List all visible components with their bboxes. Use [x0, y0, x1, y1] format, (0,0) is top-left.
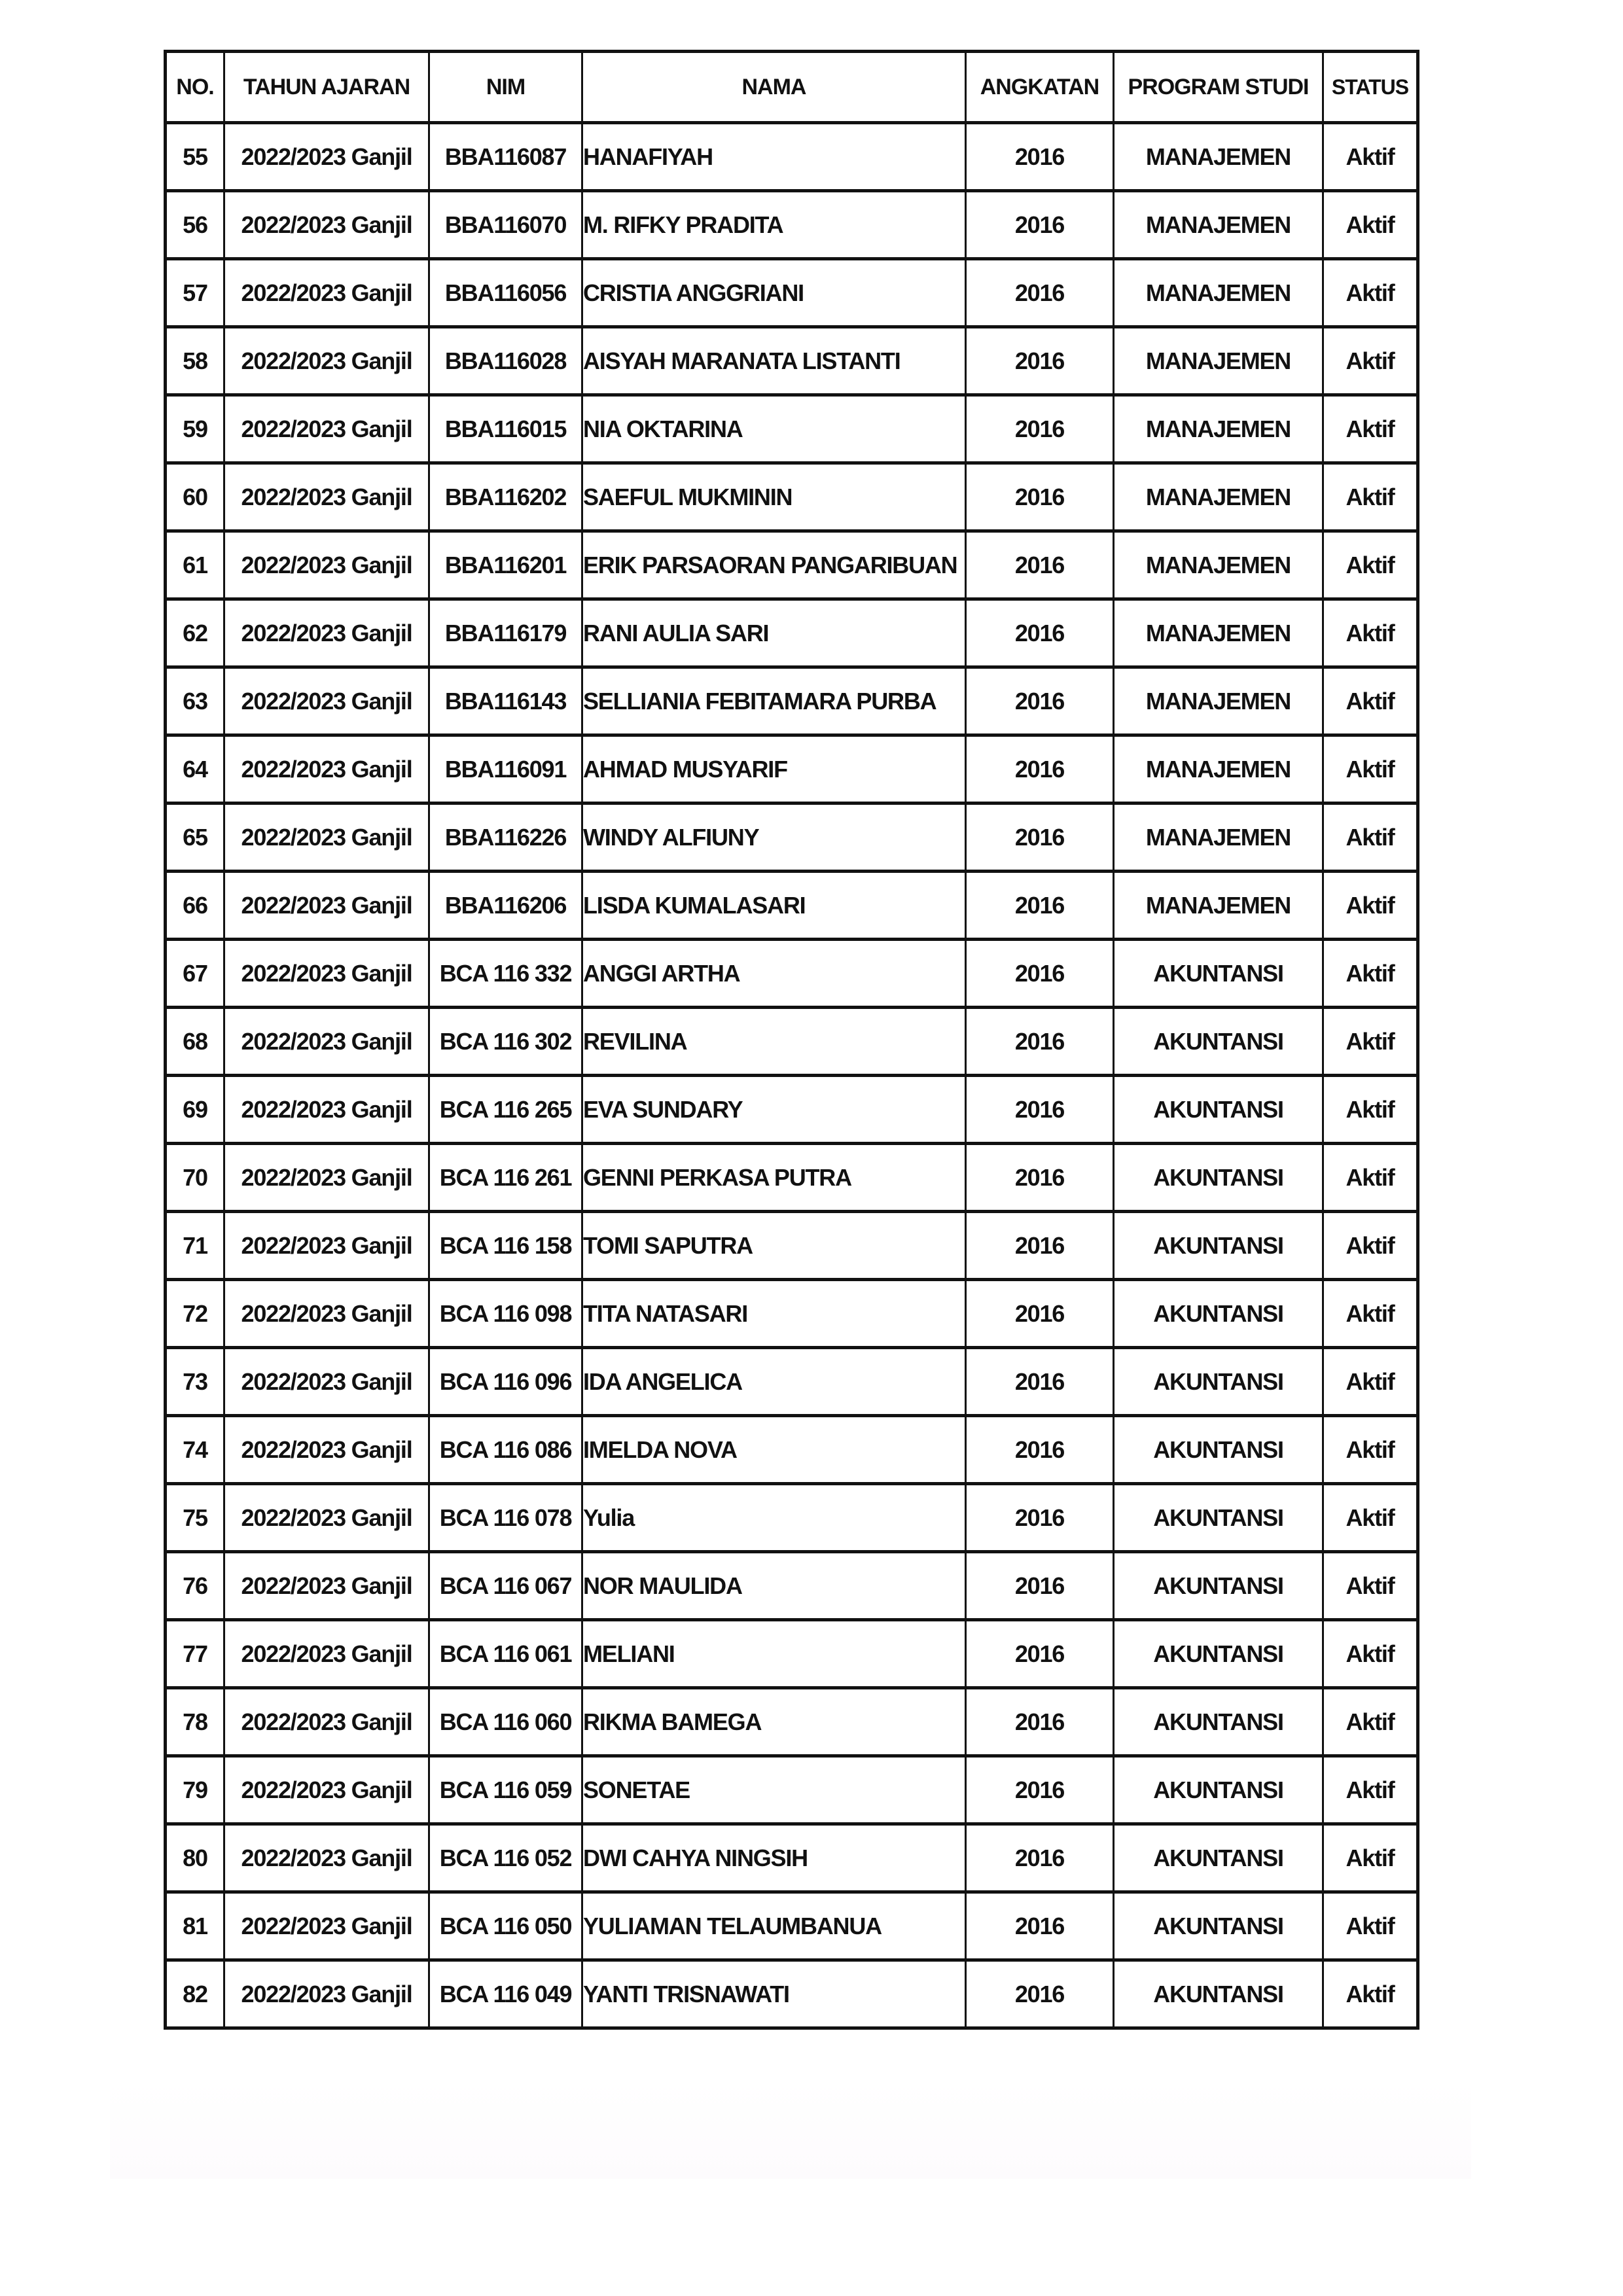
- cell-no: 65: [166, 804, 224, 872]
- cell-nim: BBA116202: [429, 463, 582, 531]
- cell-tahun-ajaran: 2022/2023 Ganjil: [224, 1212, 429, 1280]
- table-row: 64 2022/2023 Ganjil BBA116091 AHMAD MUSY…: [166, 735, 1418, 804]
- cell-no: 66: [166, 872, 224, 940]
- cell-no: 81: [166, 1892, 224, 1960]
- cell-program-studi: MANAJEMEN: [1114, 872, 1323, 940]
- cell-program-studi: AKUNTANSI: [1114, 1076, 1323, 1144]
- header-nama: NAMA: [582, 52, 966, 123]
- cell-status: Aktif: [1323, 1076, 1418, 1144]
- cell-program-studi: MANAJEMEN: [1114, 667, 1323, 735]
- cell-program-studi: MANAJEMEN: [1114, 735, 1323, 804]
- cell-program-studi: AKUNTANSI: [1114, 1212, 1323, 1280]
- table-row: 59 2022/2023 Ganjil BBA116015 NIA OKTARI…: [166, 395, 1418, 463]
- cell-nim: BBA116070: [429, 191, 582, 259]
- cell-tahun-ajaran: 2022/2023 Ganjil: [224, 463, 429, 531]
- cell-status: Aktif: [1323, 1348, 1418, 1416]
- table-row: 69 2022/2023 Ganjil BCA 116 265 EVA SUND…: [166, 1076, 1418, 1144]
- cell-program-studi: AKUNTANSI: [1114, 1416, 1323, 1484]
- table-header: NO. TAHUN AJARAN NIM NAMA ANGKATAN PROGR…: [166, 52, 1418, 123]
- cell-no: 73: [166, 1348, 224, 1416]
- cell-nama: AHMAD MUSYARIF: [582, 735, 966, 804]
- cell-angkatan: 2016: [966, 667, 1114, 735]
- cell-nama: AISYAH MARANATA LISTANTI: [582, 327, 966, 395]
- cell-nim: BBA116028: [429, 327, 582, 395]
- cell-program-studi: AKUNTANSI: [1114, 1756, 1323, 1824]
- cell-angkatan: 2016: [966, 395, 1114, 463]
- cell-no: 74: [166, 1416, 224, 1484]
- cell-program-studi: AKUNTANSI: [1114, 1824, 1323, 1892]
- cell-tahun-ajaran: 2022/2023 Ganjil: [224, 1756, 429, 1824]
- cell-angkatan: 2016: [966, 1892, 1114, 1960]
- cell-tahun-ajaran: 2022/2023 Ganjil: [224, 735, 429, 804]
- cell-no: 70: [166, 1144, 224, 1212]
- cell-angkatan: 2016: [966, 1756, 1114, 1824]
- cell-nim: BCA 116 261: [429, 1144, 582, 1212]
- cell-program-studi: MANAJEMEN: [1114, 327, 1323, 395]
- table-row: 63 2022/2023 Ganjil BBA116143 SELLIANIA …: [166, 667, 1418, 735]
- cell-nama: DWI CAHYA NINGSIH: [582, 1824, 966, 1892]
- cell-status: Aktif: [1323, 259, 1418, 327]
- cell-nama: NOR MAULIDA: [582, 1552, 966, 1620]
- cell-no: 79: [166, 1756, 224, 1824]
- cell-angkatan: 2016: [966, 1824, 1114, 1892]
- cell-nim: BCA 116 158: [429, 1212, 582, 1280]
- cell-nim: BCA 116 061: [429, 1620, 582, 1688]
- cell-tahun-ajaran: 2022/2023 Ganjil: [224, 1416, 429, 1484]
- cell-status: Aktif: [1323, 872, 1418, 940]
- cell-tahun-ajaran: 2022/2023 Ganjil: [224, 872, 429, 940]
- cell-nim: BCA 116 060: [429, 1688, 582, 1756]
- cell-nama: YANTI TRISNAWATI: [582, 1960, 966, 2028]
- cell-tahun-ajaran: 2022/2023 Ganjil: [224, 327, 429, 395]
- table-row: 72 2022/2023 Ganjil BCA 116 098 TITA NAT…: [166, 1280, 1418, 1348]
- table-row: 61 2022/2023 Ganjil BBA116201 ERIK PARSA…: [166, 531, 1418, 599]
- cell-nama: ERIK PARSAORAN PANGARIBUAN: [582, 531, 966, 599]
- cell-tahun-ajaran: 2022/2023 Ganjil: [224, 259, 429, 327]
- cell-status: Aktif: [1323, 804, 1418, 872]
- cell-angkatan: 2016: [966, 1212, 1114, 1280]
- cell-nim: BCA 116 067: [429, 1552, 582, 1620]
- cell-status: Aktif: [1323, 940, 1418, 1008]
- cell-status: Aktif: [1323, 1960, 1418, 2028]
- cell-program-studi: AKUNTANSI: [1114, 1892, 1323, 1960]
- cell-program-studi: MANAJEMEN: [1114, 463, 1323, 531]
- cell-status: Aktif: [1323, 1892, 1418, 1960]
- cell-angkatan: 2016: [966, 1348, 1114, 1416]
- cell-program-studi: AKUNTANSI: [1114, 1484, 1323, 1552]
- cell-angkatan: 2016: [966, 1280, 1114, 1348]
- header-row: NO. TAHUN AJARAN NIM NAMA ANGKATAN PROGR…: [166, 52, 1418, 123]
- table-row: 74 2022/2023 Ganjil BCA 116 086 IMELDA N…: [166, 1416, 1418, 1484]
- student-status-table: NO. TAHUN AJARAN NIM NAMA ANGKATAN PROGR…: [164, 50, 1419, 2030]
- cell-program-studi: AKUNTANSI: [1114, 1620, 1323, 1688]
- cell-program-studi: MANAJEMEN: [1114, 395, 1323, 463]
- cell-angkatan: 2016: [966, 259, 1114, 327]
- cell-status: Aktif: [1323, 1688, 1418, 1756]
- cell-status: Aktif: [1323, 191, 1418, 259]
- cell-tahun-ajaran: 2022/2023 Ganjil: [224, 123, 429, 191]
- cell-nim: BCA 116 096: [429, 1348, 582, 1416]
- cell-no: 69: [166, 1076, 224, 1144]
- cell-no: 58: [166, 327, 224, 395]
- cell-program-studi: AKUNTANSI: [1114, 1144, 1323, 1212]
- table-row: 62 2022/2023 Ganjil BBA116179 RANI AULIA…: [166, 599, 1418, 667]
- cell-tahun-ajaran: 2022/2023 Ganjil: [224, 1892, 429, 1960]
- cell-program-studi: AKUNTANSI: [1114, 1348, 1323, 1416]
- cell-nim: BBA116226: [429, 804, 582, 872]
- cell-nama: HANAFIYAH: [582, 123, 966, 191]
- cell-angkatan: 2016: [966, 1688, 1114, 1756]
- cell-nama: TOMI SAPUTRA: [582, 1212, 966, 1280]
- cell-program-studi: MANAJEMEN: [1114, 599, 1323, 667]
- cell-tahun-ajaran: 2022/2023 Ganjil: [224, 1688, 429, 1756]
- cell-status: Aktif: [1323, 1144, 1418, 1212]
- cell-nim: BCA 116 265: [429, 1076, 582, 1144]
- table-row: 77 2022/2023 Ganjil BCA 116 061 MELIANI …: [166, 1620, 1418, 1688]
- cell-angkatan: 2016: [966, 123, 1114, 191]
- cell-no: 80: [166, 1824, 224, 1892]
- cell-tahun-ajaran: 2022/2023 Ganjil: [224, 1824, 429, 1892]
- cell-status: Aktif: [1323, 1008, 1418, 1076]
- table-body: 55 2022/2023 Ganjil BBA116087 HANAFIYAH …: [166, 123, 1418, 2028]
- cell-status: Aktif: [1323, 735, 1418, 804]
- cell-nama: WINDY ALFIUNY: [582, 804, 966, 872]
- cell-angkatan: 2016: [966, 1620, 1114, 1688]
- cell-nama: IMELDA NOVA: [582, 1416, 966, 1484]
- table-row: 81 2022/2023 Ganjil BCA 116 050 YULIAMAN…: [166, 1892, 1418, 1960]
- cell-nama: RANI AULIA SARI: [582, 599, 966, 667]
- cell-nim: BCA 116 049: [429, 1960, 582, 2028]
- cell-tahun-ajaran: 2022/2023 Ganjil: [224, 395, 429, 463]
- cell-nama: CRISTIA ANGGRIANI: [582, 259, 966, 327]
- cell-status: Aktif: [1323, 531, 1418, 599]
- cell-tahun-ajaran: 2022/2023 Ganjil: [224, 1348, 429, 1416]
- table-row: 68 2022/2023 Ganjil BCA 116 302 REVILINA…: [166, 1008, 1418, 1076]
- cell-nama: ANGGI ARTHA: [582, 940, 966, 1008]
- cell-nim: BCA 116 052: [429, 1824, 582, 1892]
- table-row: 82 2022/2023 Ganjil BCA 116 049 YANTI TR…: [166, 1960, 1418, 2028]
- cell-angkatan: 2016: [966, 463, 1114, 531]
- cell-nim: BBA116015: [429, 395, 582, 463]
- cell-angkatan: 2016: [966, 1416, 1114, 1484]
- cell-no: 72: [166, 1280, 224, 1348]
- table-row: 79 2022/2023 Ganjil BCA 116 059 SONETAE …: [166, 1756, 1418, 1824]
- cell-nim: BBA116206: [429, 872, 582, 940]
- cell-no: 56: [166, 191, 224, 259]
- cell-nim: BCA 116 078: [429, 1484, 582, 1552]
- cell-nama: EVA SUNDARY: [582, 1076, 966, 1144]
- header-nim: NIM: [429, 52, 582, 123]
- cell-angkatan: 2016: [966, 872, 1114, 940]
- cell-angkatan: 2016: [966, 735, 1114, 804]
- cell-angkatan: 2016: [966, 1552, 1114, 1620]
- cell-tahun-ajaran: 2022/2023 Ganjil: [224, 531, 429, 599]
- cell-angkatan: 2016: [966, 1144, 1114, 1212]
- table-row: 56 2022/2023 Ganjil BBA116070 M. RIFKY P…: [166, 191, 1418, 259]
- cell-nama: Yulia: [582, 1484, 966, 1552]
- cell-status: Aktif: [1323, 667, 1418, 735]
- cell-no: 77: [166, 1620, 224, 1688]
- cell-nim: BCA 116 086: [429, 1416, 582, 1484]
- cell-tahun-ajaran: 2022/2023 Ganjil: [224, 804, 429, 872]
- cell-program-studi: AKUNTANSI: [1114, 1280, 1323, 1348]
- table-row: 57 2022/2023 Ganjil BBA116056 CRISTIA AN…: [166, 259, 1418, 327]
- cell-tahun-ajaran: 2022/2023 Ganjil: [224, 1620, 429, 1688]
- cell-no: 55: [166, 123, 224, 191]
- cell-program-studi: AKUNTANSI: [1114, 1688, 1323, 1756]
- table-row: 58 2022/2023 Ganjil BBA116028 AISYAH MAR…: [166, 327, 1418, 395]
- header-status: STATUS: [1323, 52, 1418, 123]
- cell-nama: SELLIANIA FEBITAMARA PURBA: [582, 667, 966, 735]
- cell-nim: BBA116201: [429, 531, 582, 599]
- cell-angkatan: 2016: [966, 1008, 1114, 1076]
- cell-no: 76: [166, 1552, 224, 1620]
- cell-status: Aktif: [1323, 1756, 1418, 1824]
- cell-nama: MELIANI: [582, 1620, 966, 1688]
- cell-nim: BBA116179: [429, 599, 582, 667]
- cell-no: 60: [166, 463, 224, 531]
- cell-no: 59: [166, 395, 224, 463]
- cell-tahun-ajaran: 2022/2023 Ganjil: [224, 1144, 429, 1212]
- cell-status: Aktif: [1323, 327, 1418, 395]
- cell-angkatan: 2016: [966, 599, 1114, 667]
- cell-nim: BBA116056: [429, 259, 582, 327]
- cell-no: 61: [166, 531, 224, 599]
- cell-nim: BCA 116 098: [429, 1280, 582, 1348]
- cell-program-studi: MANAJEMEN: [1114, 123, 1323, 191]
- table-row: 66 2022/2023 Ganjil BBA116206 LISDA KUMA…: [166, 872, 1418, 940]
- scanned-page: NO. TAHUN AJARAN NIM NAMA ANGKATAN PROGR…: [0, 0, 1623, 2296]
- cell-no: 68: [166, 1008, 224, 1076]
- cell-no: 62: [166, 599, 224, 667]
- cell-nama: REVILINA: [582, 1008, 966, 1076]
- cell-tahun-ajaran: 2022/2023 Ganjil: [224, 1552, 429, 1620]
- cell-tahun-ajaran: 2022/2023 Ganjil: [224, 667, 429, 735]
- cell-nim: BCA 116 332: [429, 940, 582, 1008]
- cell-nama: YULIAMAN TELAUMBANUA: [582, 1892, 966, 1960]
- cell-program-studi: AKUNTANSI: [1114, 1552, 1323, 1620]
- cell-program-studi: MANAJEMEN: [1114, 259, 1323, 327]
- cell-nim: BBA116143: [429, 667, 582, 735]
- cell-angkatan: 2016: [966, 1076, 1114, 1144]
- table-row: 70 2022/2023 Ganjil BCA 116 261 GENNI PE…: [166, 1144, 1418, 1212]
- cell-no: 67: [166, 940, 224, 1008]
- table-row: 67 2022/2023 Ganjil BCA 116 332 ANGGI AR…: [166, 940, 1418, 1008]
- header-program-studi: PROGRAM STUDI: [1114, 52, 1323, 123]
- table-row: 55 2022/2023 Ganjil BBA116087 HANAFIYAH …: [166, 123, 1418, 191]
- cell-nim: BCA 116 059: [429, 1756, 582, 1824]
- header-tahun-ajaran: TAHUN AJARAN: [224, 52, 429, 123]
- table-row: 78 2022/2023 Ganjil BCA 116 060 RIKMA BA…: [166, 1688, 1418, 1756]
- cell-nim: BBA116091: [429, 735, 582, 804]
- cell-status: Aktif: [1323, 463, 1418, 531]
- cell-program-studi: AKUNTANSI: [1114, 1008, 1323, 1076]
- cell-no: 75: [166, 1484, 224, 1552]
- cell-program-studi: AKUNTANSI: [1114, 940, 1323, 1008]
- cell-program-studi: MANAJEMEN: [1114, 531, 1323, 599]
- cell-angkatan: 2016: [966, 191, 1114, 259]
- cell-tahun-ajaran: 2022/2023 Ganjil: [224, 1280, 429, 1348]
- cell-program-studi: MANAJEMEN: [1114, 804, 1323, 872]
- cell-no: 71: [166, 1212, 224, 1280]
- cell-status: Aktif: [1323, 123, 1418, 191]
- cell-tahun-ajaran: 2022/2023 Ganjil: [224, 1484, 429, 1552]
- cell-status: Aktif: [1323, 1416, 1418, 1484]
- cell-nama: RIKMA BAMEGA: [582, 1688, 966, 1756]
- cell-nama: SONETAE: [582, 1756, 966, 1824]
- cell-status: Aktif: [1323, 1620, 1418, 1688]
- header-no: NO.: [166, 52, 224, 123]
- cell-tahun-ajaran: 2022/2023 Ganjil: [224, 1960, 429, 2028]
- cell-nama: GENNI PERKASA PUTRA: [582, 1144, 966, 1212]
- header-angkatan: ANGKATAN: [966, 52, 1114, 123]
- cell-no: 82: [166, 1960, 224, 2028]
- cell-status: Aktif: [1323, 1280, 1418, 1348]
- cell-program-studi: MANAJEMEN: [1114, 191, 1323, 259]
- cell-nama: LISDA KUMALASARI: [582, 872, 966, 940]
- cell-status: Aktif: [1323, 1552, 1418, 1620]
- cell-status: Aktif: [1323, 395, 1418, 463]
- cell-tahun-ajaran: 2022/2023 Ganjil: [224, 1076, 429, 1144]
- cell-nama: NIA OKTARINA: [582, 395, 966, 463]
- cell-no: 64: [166, 735, 224, 804]
- cell-angkatan: 2016: [966, 1960, 1114, 2028]
- cell-nim: BCA 116 050: [429, 1892, 582, 1960]
- cell-angkatan: 2016: [966, 531, 1114, 599]
- table-row: 76 2022/2023 Ganjil BCA 116 067 NOR MAUL…: [166, 1552, 1418, 1620]
- table-row: 65 2022/2023 Ganjil BBA116226 WINDY ALFI…: [166, 804, 1418, 872]
- cell-status: Aktif: [1323, 1824, 1418, 1892]
- cell-program-studi: AKUNTANSI: [1114, 1960, 1323, 2028]
- cell-tahun-ajaran: 2022/2023 Ganjil: [224, 191, 429, 259]
- cell-angkatan: 2016: [966, 327, 1114, 395]
- table-row: 80 2022/2023 Ganjil BCA 116 052 DWI CAHY…: [166, 1824, 1418, 1892]
- table-row: 60 2022/2023 Ganjil BBA116202 SAEFUL MUK…: [166, 463, 1418, 531]
- cell-status: Aktif: [1323, 599, 1418, 667]
- cell-no: 57: [166, 259, 224, 327]
- cell-nim: BBA116087: [429, 123, 582, 191]
- cell-nama: IDA ANGELICA: [582, 1348, 966, 1416]
- table-row: 75 2022/2023 Ganjil BCA 116 078 Yulia 20…: [166, 1484, 1418, 1552]
- cell-nim: BCA 116 302: [429, 1008, 582, 1076]
- cell-no: 78: [166, 1688, 224, 1756]
- table-row: 71 2022/2023 Ganjil BCA 116 158 TOMI SAP…: [166, 1212, 1418, 1280]
- cell-nama: SAEFUL MUKMININ: [582, 463, 966, 531]
- cell-tahun-ajaran: 2022/2023 Ganjil: [224, 1008, 429, 1076]
- cell-angkatan: 2016: [966, 804, 1114, 872]
- cell-status: Aktif: [1323, 1212, 1418, 1280]
- cell-status: Aktif: [1323, 1484, 1418, 1552]
- table-row: 73 2022/2023 Ganjil BCA 116 096 IDA ANGE…: [166, 1348, 1418, 1416]
- scan-shadow: [110, 2081, 1471, 2179]
- cell-tahun-ajaran: 2022/2023 Ganjil: [224, 599, 429, 667]
- cell-angkatan: 2016: [966, 940, 1114, 1008]
- cell-no: 63: [166, 667, 224, 735]
- cell-nama: M. RIFKY PRADITA: [582, 191, 966, 259]
- cell-tahun-ajaran: 2022/2023 Ganjil: [224, 940, 429, 1008]
- cell-angkatan: 2016: [966, 1484, 1114, 1552]
- cell-nama: TITA NATASARI: [582, 1280, 966, 1348]
